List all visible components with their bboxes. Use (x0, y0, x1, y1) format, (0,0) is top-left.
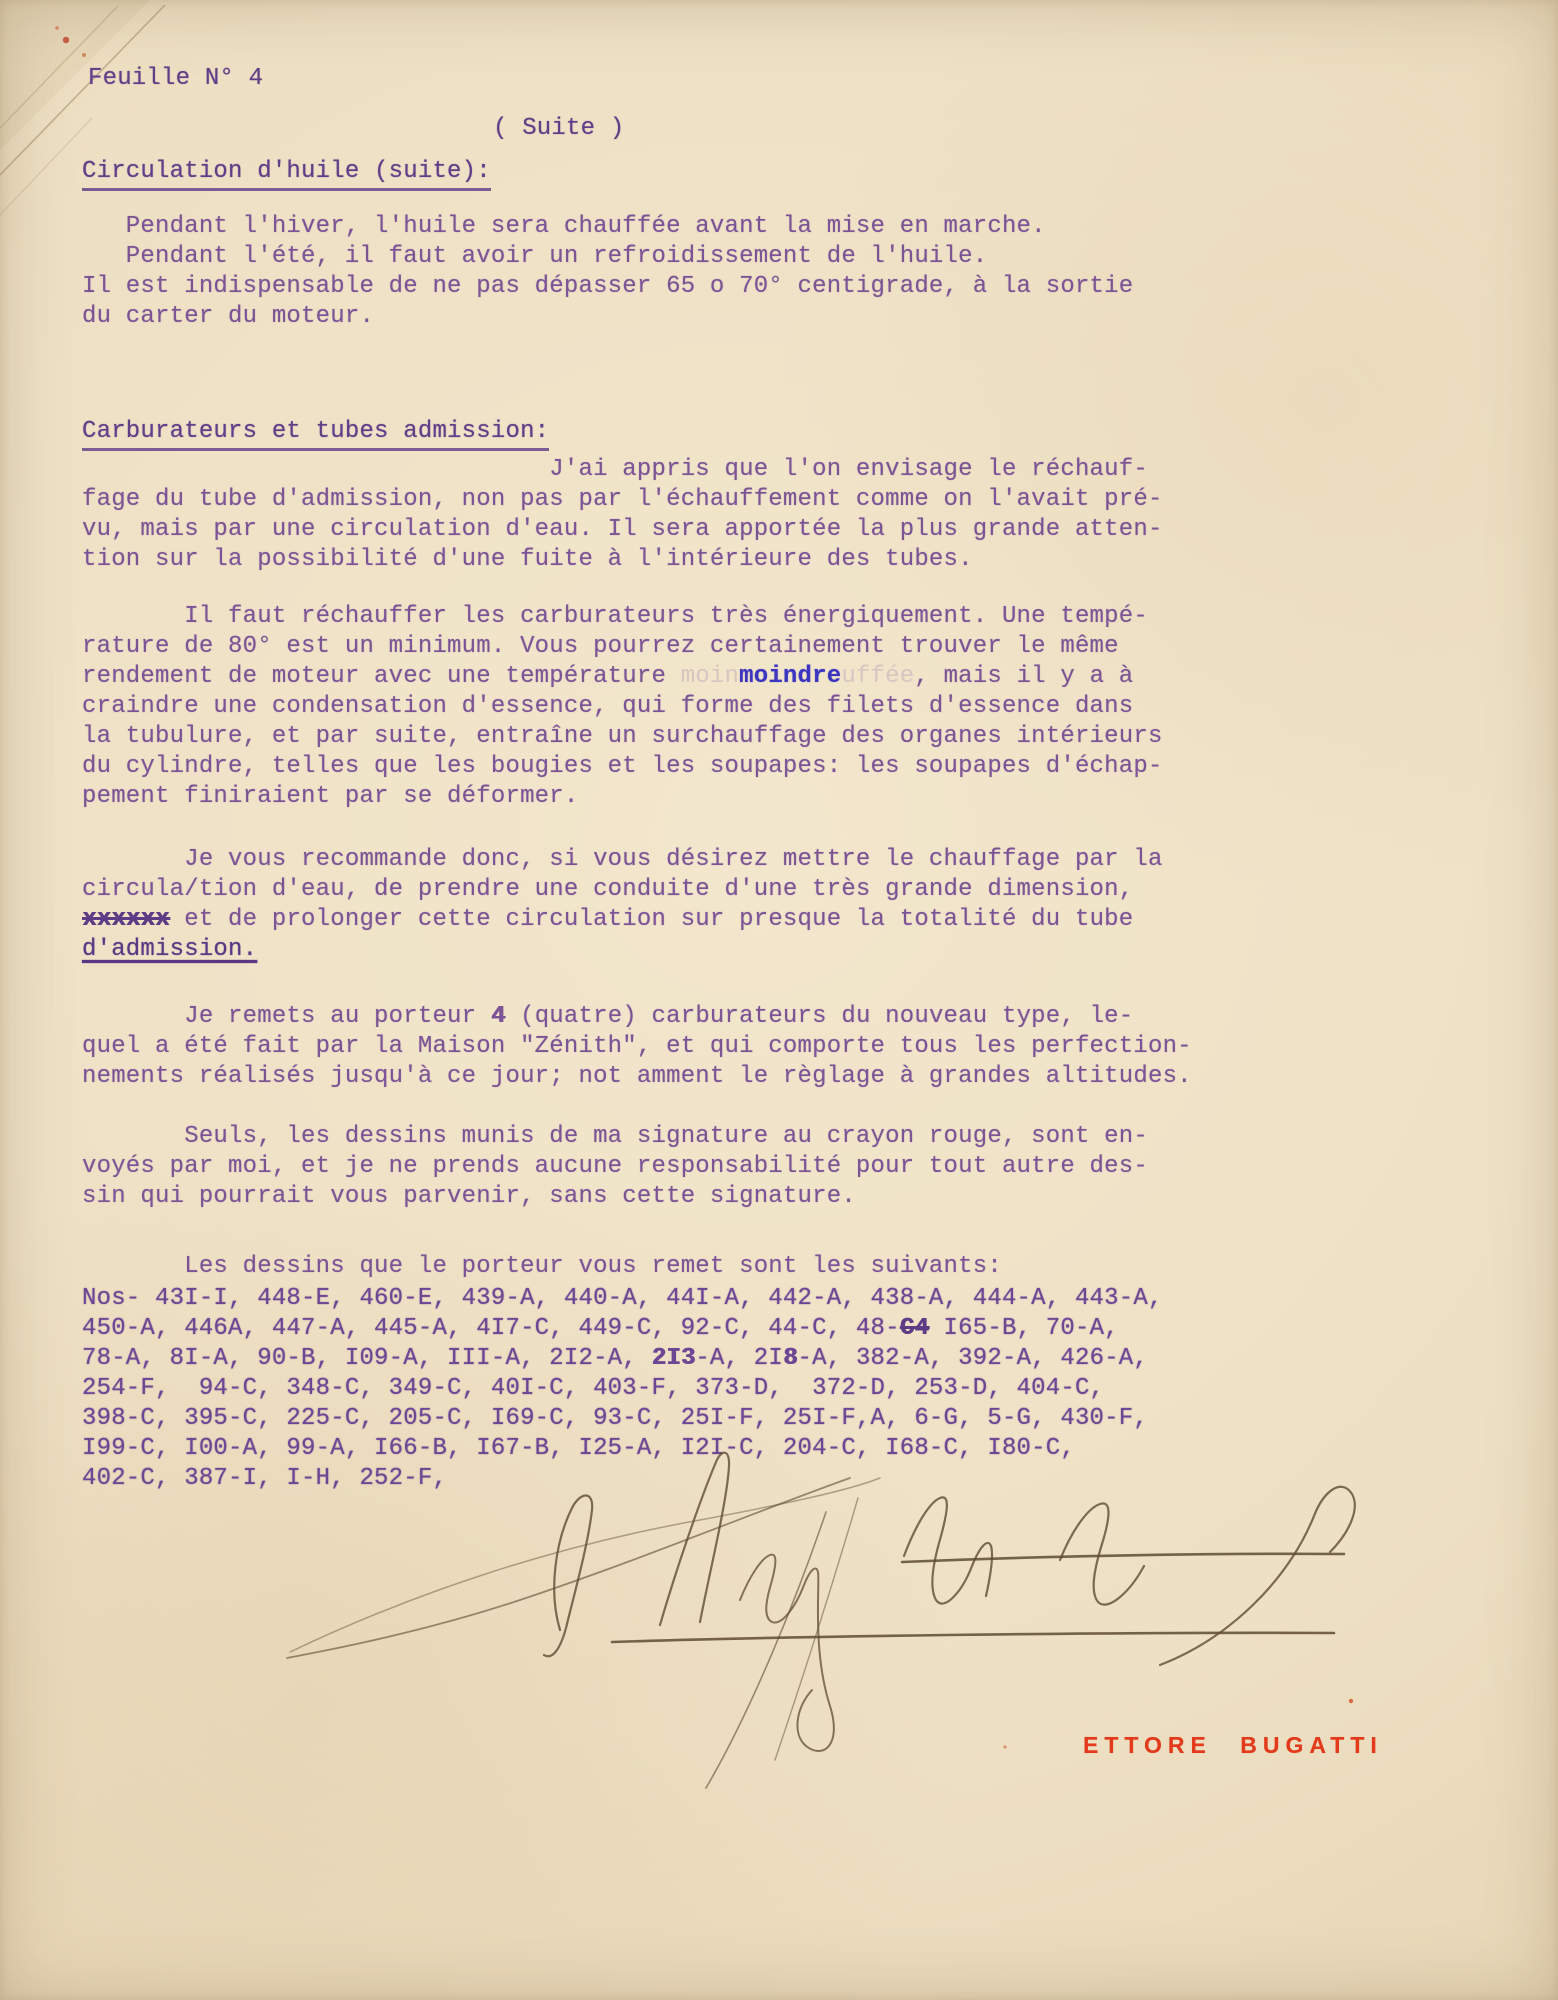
text-line: Je vous recommande donc, si vous désirez… (82, 845, 1163, 875)
drawings-intro-line: Les dessins que le porteur vous remet so… (82, 1252, 1002, 1282)
carburetor-delivery-paragraph: Je remets au porteur 4 (quatre) carburat… (82, 1002, 1192, 1092)
text-segment: 450-A, 446A, 447-A, 445-A, 4I7-C, 449-C,… (82, 1315, 900, 1342)
text-segment: rendement de moteur avec une température (82, 663, 681, 690)
text-line: Il faut réchauffer les carburateurs très… (82, 602, 1163, 632)
sheet-number-text: Feuille N° 4 (88, 64, 263, 94)
text-segment: I65-B, 70-A, (929, 1315, 1119, 1342)
overtyped-number: 2I3 (652, 1345, 696, 1372)
text-segment: -A, 382-A, 392-A, 426-A, (798, 1345, 1148, 1372)
text-line: d'admission. (82, 935, 1163, 965)
struck-out-text: C4 (900, 1315, 929, 1342)
text-line: J'ai appris que l'on envisage le réchauf… (82, 455, 1163, 485)
continuation-label: ( Suite ) (493, 114, 624, 144)
text-line: quel a été fait par la Maison "Zénith", … (82, 1032, 1192, 1062)
continuation-text: ( Suite ) (493, 114, 624, 144)
text-segment: -A, 2I (695, 1345, 783, 1372)
text-segment: , mais il y a à (914, 663, 1133, 690)
printed-name: ETTORE BUGATTI (1083, 1732, 1383, 1759)
text-line: fage du tube d'admission, non pas par l'… (82, 485, 1163, 515)
text-segment: Je remets au porteur (82, 1003, 491, 1030)
drawing-numbers-line: 450-A, 446A, 447-A, 445-A, 4I7-C, 449-C,… (82, 1314, 1163, 1344)
struck-out-text: xxxxxx (82, 906, 170, 933)
drawing-numbers-line: I99-C, I00-A, 99-A, I66-B, I67-B, I25-A,… (82, 1434, 1163, 1464)
erased-text: moin (681, 663, 739, 690)
text-segment: et de prolonger cette circulation sur pr… (170, 906, 1134, 933)
sheet-number: Feuille N° 4 (88, 64, 263, 94)
drawing-numbers-line: 402-C, 387-I, I-H, 252-F, (82, 1464, 1163, 1494)
overtyped-number: 8 (783, 1345, 798, 1372)
drawings-list: Nos- 43I-I, 448-E, 460-E, 439-A, 440-A, … (82, 1284, 1163, 1494)
text-line-with-strikeout: xxxxxx et de prolonger cette circulation… (82, 905, 1163, 935)
text-line: Pendant l'été, il faut avoir un refroidi… (82, 242, 1133, 272)
carburetor-section: Carburateurs et tubes admission: (82, 418, 549, 451)
underlined-word: d'admission. (82, 936, 257, 963)
drawing-numbers-line: 398-C, 395-C, 225-C, 205-C, I69-C, 93-C,… (82, 1404, 1163, 1434)
text-line: Je remets au porteur 4 (quatre) carburat… (82, 1002, 1192, 1032)
text-line: craindre une condensation d'essence, qui… (82, 692, 1163, 722)
text-line: Pendant l'hiver, l'huile sera chauffée a… (82, 212, 1133, 242)
text-line: voyés par moi, et je ne prends aucune re… (82, 1152, 1148, 1182)
section-heading-carburetors: Carburateurs et tubes admission: (82, 418, 549, 451)
text-line: nements réalisés jusqu'à ce jour; not am… (82, 1062, 1192, 1092)
overtyped-number: 4 (491, 1003, 506, 1030)
typed-correction-moindre: moindre (739, 663, 841, 690)
signature-notice-paragraph: Seuls, les dessins munis de ma signature… (82, 1122, 1148, 1212)
drawing-numbers-line: Nos- 43I-I, 448-E, 460-E, 439-A, 440-A, … (82, 1284, 1163, 1314)
letter-page: Feuille N° 4 ( Suite ) Circulation d'hui… (0, 0, 1558, 2000)
text-segment: 78-A, 8I-A, 90-B, I09-A, III-A, 2I2-A, (82, 1345, 652, 1372)
recommendation-paragraph: Je vous recommande donc, si vous désirez… (82, 845, 1163, 965)
oil-paragraph: Pendant l'hiver, l'huile sera chauffée a… (82, 212, 1133, 332)
oil-section: Circulation d'huile (suite): (82, 158, 491, 191)
text-line: rature de 80° est un minimum. Vous pourr… (82, 632, 1163, 662)
text-line: Il est indispensable de ne pas dépasser … (82, 272, 1133, 302)
heating-paragraph: Il faut réchauffer les carburateurs très… (82, 602, 1163, 812)
text-line: Les dessins que le porteur vous remet so… (82, 1252, 1002, 1282)
erased-text: uffée (841, 663, 914, 690)
text-line-with-correction: rendement de moteur avec une température… (82, 662, 1163, 692)
text-line: la tubulure, et par suite, entraîne un s… (82, 722, 1163, 752)
carburetor-intro-paragraph: J'ai appris que l'on envisage le réchauf… (82, 455, 1163, 575)
drawing-numbers-line: 78-A, 8I-A, 90-B, I09-A, III-A, 2I2-A, 2… (82, 1344, 1163, 1374)
text-line: du carter du moteur. (82, 302, 1133, 332)
text-line: sin qui pourrait vous parvenir, sans cet… (82, 1182, 1148, 1212)
text-segment: (quatre) carburateurs du nouveau type, l… (505, 1003, 1133, 1030)
text-line: tion sur la possibilité d'une fuite à l'… (82, 545, 1163, 575)
text-line: du cylindre, telles que les bougies et l… (82, 752, 1163, 782)
text-line: circula/tion d'eau, de prendre une condu… (82, 875, 1163, 905)
section-heading-oil: Circulation d'huile (suite): (82, 158, 491, 191)
text-line: pement finiraient par se déformer. (82, 782, 1163, 812)
drawing-numbers-line: 254-F, 94-C, 348-C, 349-C, 40I-C, 403-F,… (82, 1374, 1163, 1404)
text-line: vu, mais par une circulation d'eau. Il s… (82, 515, 1163, 545)
text-line: Seuls, les dessins munis de ma signature… (82, 1122, 1148, 1152)
